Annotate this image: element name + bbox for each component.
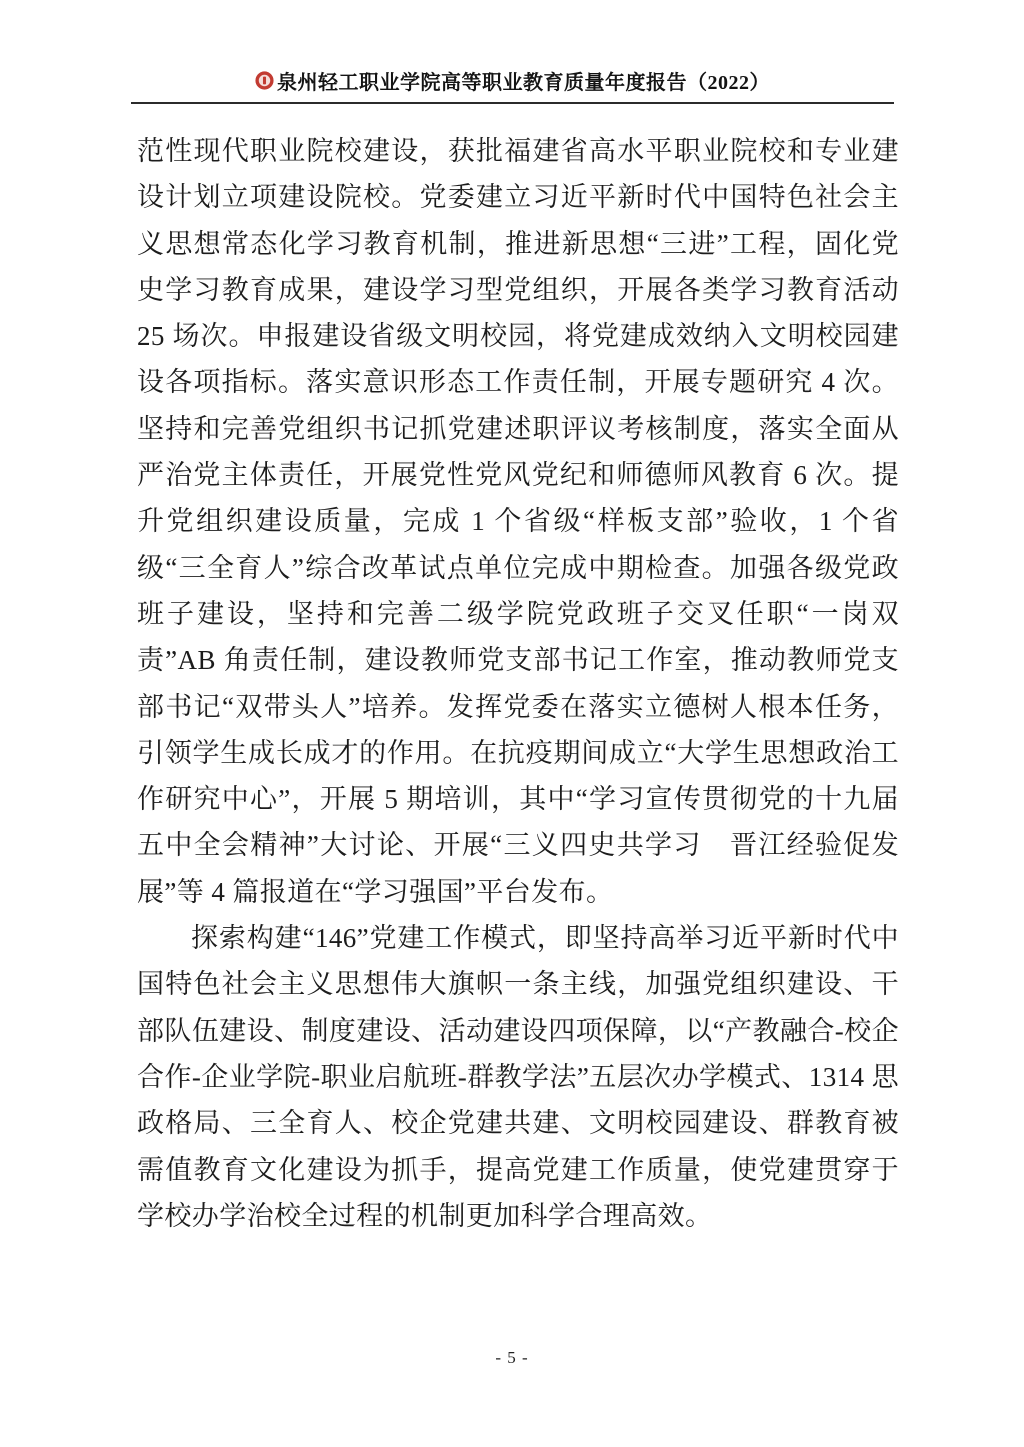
- body-paragraph-1: 范性现代职业院校建设，获批福建省高水平职业院校和专业建设计划立项建设院校。党委建…: [137, 128, 899, 915]
- document-page: 泉州轻工职业学院高等职业教育质量年度报告（2022） 范性现代职业院校建设，获批…: [0, 0, 1024, 1447]
- page-number: - 5 -: [495, 1348, 528, 1367]
- university-seal-icon: [254, 70, 275, 91]
- header-title-row: 泉州轻工职业学院高等职业教育质量年度报告（2022）: [0, 0, 1024, 95]
- page-header: 泉州轻工职业学院高等职业教育质量年度报告（2022）: [0, 0, 1024, 104]
- header-divider: [131, 102, 894, 104]
- document-body: 范性现代职业院校建设，获批福建省高水平职业院校和专业建设计划立项建设院校。党委建…: [137, 128, 899, 1239]
- body-paragraph-2: 探索构建“146”党建工作模式，即坚持高举习近平新时代中国特色社会主义思想伟大旗…: [137, 915, 899, 1239]
- page-footer: - 5 -: [0, 1348, 1024, 1368]
- header-title: 泉州轻工职业学院高等职业教育质量年度报告（2022）: [277, 66, 770, 95]
